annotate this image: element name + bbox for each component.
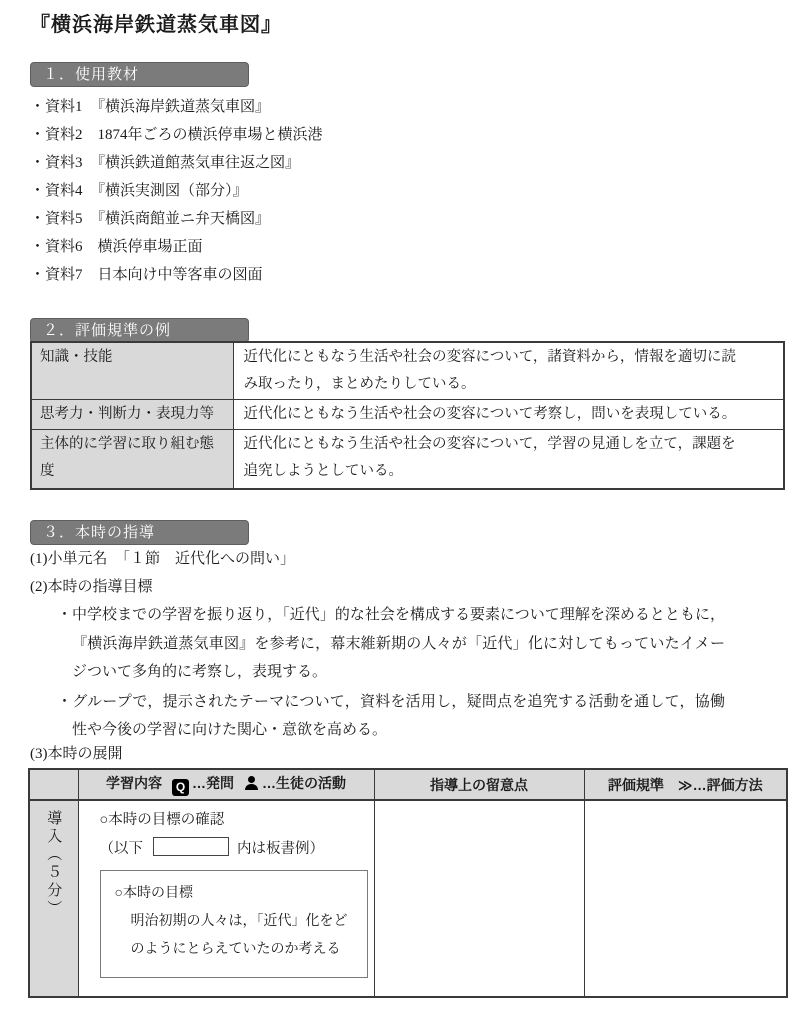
board-box-line: 明治初期の人々は，「近代」化をど — [115, 908, 367, 936]
section-heading-label: １．使用教材 — [43, 66, 139, 83]
attention-cell — [374, 800, 584, 997]
question-note: …発問 — [192, 775, 234, 791]
criteria-label-cell: 主体的に学習に取り組む態度 — [31, 430, 233, 490]
criteria-desc-cell: 近代化にともなう生活や社会の変容について，諸資料から，情報を適切に読み取ったり，… — [233, 342, 784, 400]
material-item: ・資料4 『横浜実測図（部分）』 — [30, 177, 323, 205]
criteria-row: 思考力・判断力・表現力等 近代化にともなう生活や社会の変容について考察し，問いを… — [31, 400, 784, 430]
lesson-table-body-row: 導入（５分） ○本時の目標の確認 （以下内は板書例） ○本時の目標 明治初期の人… — [29, 800, 787, 997]
material-item: ・資料1 『横浜海岸鉄道蒸気車図』 — [30, 93, 323, 121]
stage-vertical-label: 導入（５分） — [43, 810, 64, 918]
instruction-goals: ・中学校までの学習を振り返り，「近代」的な社会を構成する要素について理解を深める… — [57, 601, 725, 746]
sub-unit-name-line: (1)小単元名 「１節 近代化への問い」 — [30, 547, 295, 568]
board-note-post: 内は板書例） — [237, 841, 324, 857]
question-icon: Q — [172, 779, 189, 796]
criteria-desc-cell: 近代化にともなう生活や社会の変容について考察し，問いを表現している。 — [233, 400, 784, 430]
criteria-desc-cell: 近代化にともなう生活や社会の変容について，学習の見通しを立て，課題を追究しようと… — [233, 430, 784, 490]
learning-content-cell: ○本時の目標の確認 （以下内は板書例） ○本時の目標 明治初期の人々は，「近代」… — [78, 800, 374, 997]
section-heading-label: ２．評価規準の例 — [43, 322, 171, 339]
evaluation-criteria-table: 知識・技能 近代化にともなう生活や社会の変容について，諸資料から，情報を適切に読… — [30, 341, 785, 490]
board-box-title: ○本時の目標 — [115, 880, 367, 908]
lesson-table-header-row: 学習内容Q…発問…生徒の活動 指導上の留意点 評価規準 ≫…評価方法 — [29, 769, 787, 800]
student-activity-note: …生徒の活動 — [262, 775, 346, 791]
criteria-label-cell: 知識・技能 — [31, 342, 233, 400]
instruction-goal-heading: (2)本時の指導目標 — [30, 575, 153, 596]
goal-check-line: ○本時の目標の確認 — [100, 808, 368, 832]
stage-cell: 導入（５分） — [29, 800, 78, 997]
section-heading-label: ３．本時の指導 — [43, 524, 155, 541]
evaluation-header-cell: 評価規準 ≫…評価方法 — [584, 769, 787, 800]
lesson-development-table: 学習内容Q…発問…生徒の活動 指導上の留意点 評価規準 ≫…評価方法 導入（５分… — [28, 768, 788, 998]
material-item: ・資料5 『横浜商館並ニ弁天橋図』 — [30, 205, 323, 233]
material-item: ・資料2 1874年ごろの横浜停車場と横浜港 — [30, 121, 323, 149]
material-item: ・資料6 横浜停車場正面 — [30, 233, 323, 261]
document-title: 『横浜海岸鉄道蒸気車図』 — [30, 8, 282, 37]
materials-list: ・資料1 『横浜海岸鉄道蒸気車図』 ・資料2 1874年ごろの横浜停車場と横浜港… — [30, 93, 323, 289]
board-note-pre: （以下 — [100, 841, 144, 857]
criteria-label-cell: 思考力・判断力・表現力等 — [31, 400, 233, 430]
section-heading-criteria: ２．評価規準の例 — [30, 318, 249, 343]
content-header-cell: 学習内容Q…発問…生徒の活動 — [78, 769, 374, 800]
section-heading-materials: １．使用教材 — [30, 62, 249, 87]
board-box-line: のようにとらえていたのか考える — [115, 936, 367, 964]
goal-item: ・グループで，提示されたテーマについて，資料を活用し，疑問点を追究する活動を通し… — [57, 688, 725, 745]
section-heading-instruction: ３．本時の指導 — [30, 520, 249, 545]
board-example-box: ○本時の目標 明治初期の人々は，「近代」化をど のようにとらえていたのか考える — [100, 870, 368, 978]
content-header-label: 学習内容 — [106, 775, 162, 791]
stage-header-cell — [29, 769, 78, 800]
attention-header-cell: 指導上の留意点 — [374, 769, 584, 800]
blank-box — [153, 837, 229, 856]
goal-item: ・中学校までの学習を振り返り，「近代」的な社会を構成する要素について理解を深める… — [57, 601, 725, 687]
lesson-plan-document: 『横浜海岸鉄道蒸気車図』 １．使用教材 ・資料1 『横浜海岸鉄道蒸気車図』 ・資… — [0, 0, 790, 1010]
material-item: ・資料3 『横浜鉄道館蒸気車往返之図』 — [30, 149, 323, 177]
criteria-row: 知識・技能 近代化にともなう生活や社会の変容について，諸資料から，情報を適切に読… — [31, 342, 784, 400]
board-note-line: （以下内は板書例） — [100, 837, 368, 861]
material-item: ・資料7 日本向け中等客車の図面 — [30, 261, 323, 289]
development-heading: (3)本時の展開 — [30, 742, 123, 763]
evaluation-cell — [584, 800, 787, 997]
student-person-icon — [244, 776, 259, 790]
criteria-row: 主体的に学習に取り組む態度 近代化にともなう生活や社会の変容について，学習の見通… — [31, 430, 784, 490]
